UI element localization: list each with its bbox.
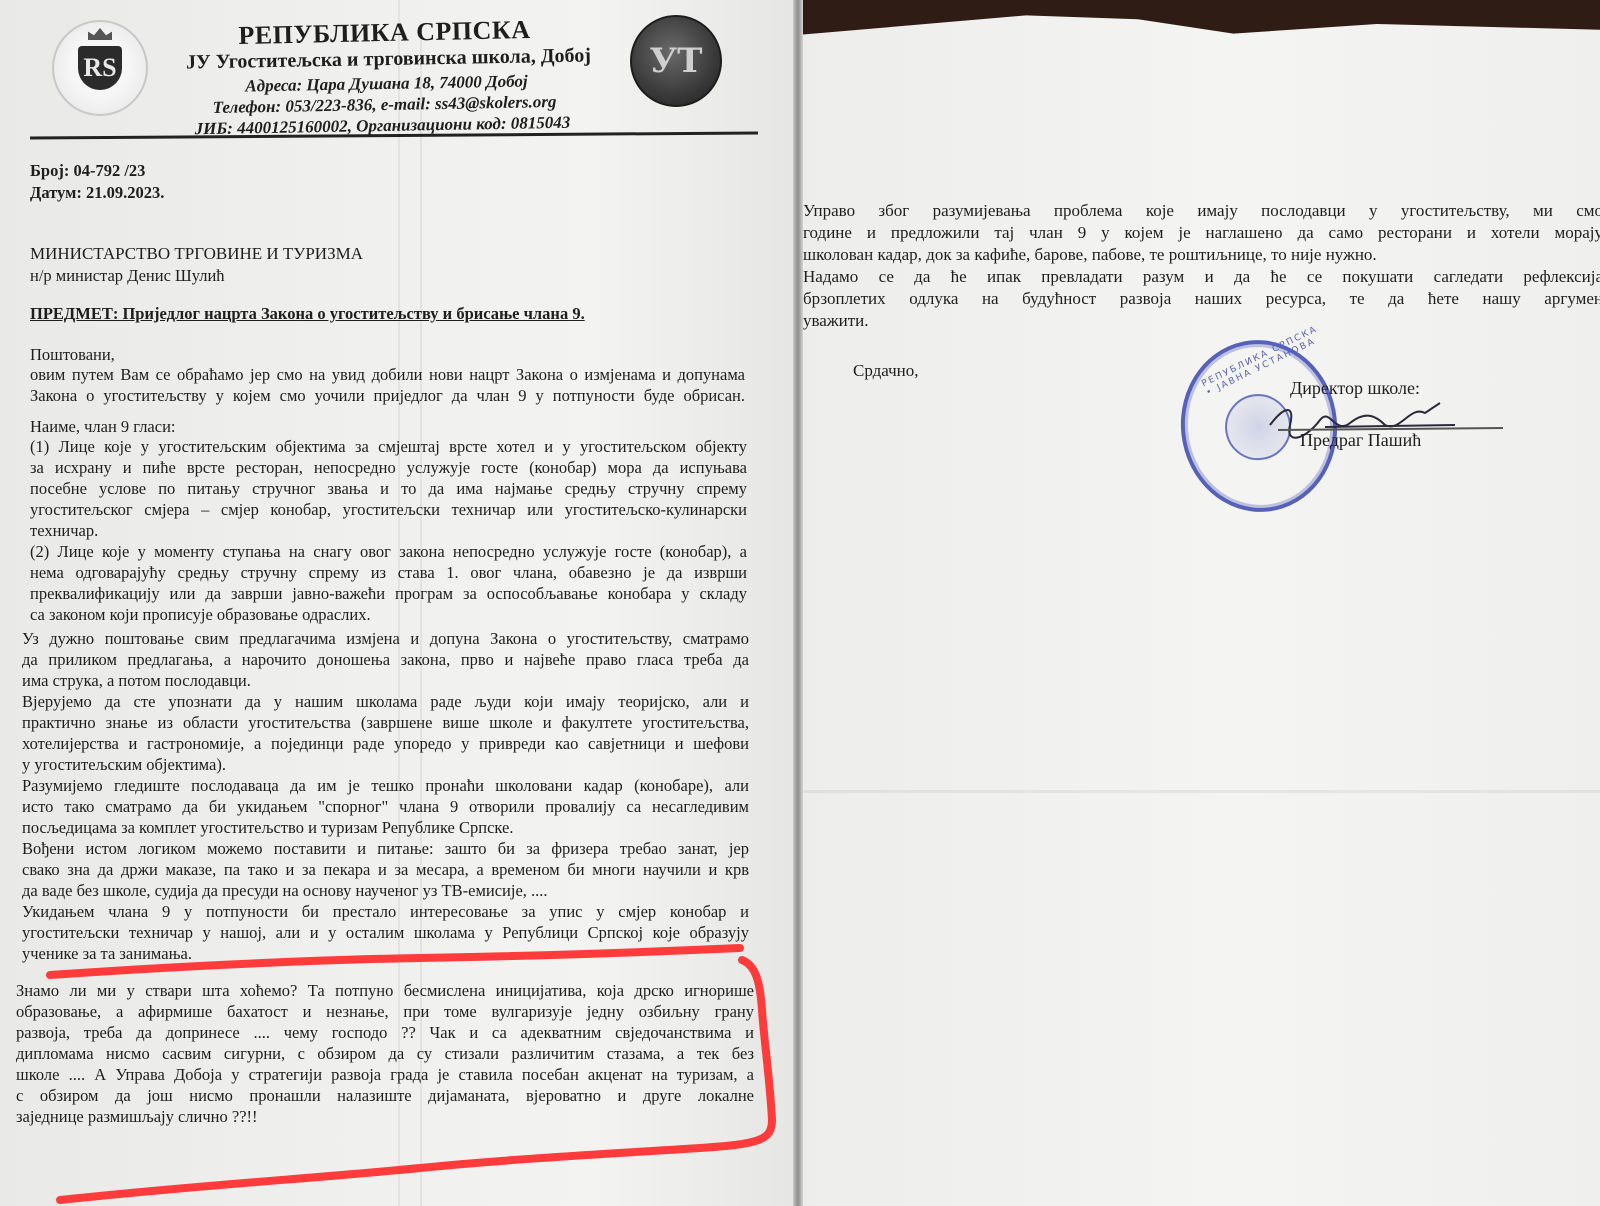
highlighted-paragraph: Знамо ли ми у ствари шта хоћемо? Та потп… — [16, 980, 754, 1127]
document-date: Датум: 21.09.2023. — [30, 182, 164, 203]
text-line: (1) Лице које у угоститељским објектима … — [30, 436, 747, 457]
argument-paragraph: Уз дужно поштовање свим предлагачима изм… — [22, 628, 749, 964]
intro-paragraph: овим путем Вам се обраћамо јер смо на ув… — [30, 364, 745, 406]
text-line: угоститељског смјера – смјер конобар, уг… — [30, 499, 747, 520]
text-line: има струка, а потом послодавци. — [22, 670, 749, 691]
document-number: Број: 04-792 /23 — [30, 160, 145, 181]
text-line: уважити. — [803, 310, 1600, 332]
text-line: хотелијерства и гастрономије, а појединц… — [22, 733, 749, 754]
closing-greeting: Срдачно, — [853, 360, 919, 381]
text-line: практично знање из области угоститељства… — [22, 712, 749, 733]
recipient-ministry: МИНИСТАРСТВО ТРГОВИНЕ И ТУРИЗМА — [30, 243, 363, 264]
text-line: посебне услове по питању стручног звања … — [30, 478, 747, 499]
text-line: школе .... А Управа Добоја у стратегији … — [16, 1064, 754, 1085]
text-line: Закона о угоститељству у којем смо уочил… — [30, 385, 745, 406]
closing-paragraph: Управо због разумијевања проблема које и… — [803, 200, 1600, 332]
article-intro: Наиме, члан 9 гласи: — [30, 416, 176, 437]
text-line: Уз дужно поштовање свим предлагачима изм… — [22, 628, 749, 649]
text-line: с обзиром да још нисмо пронашли налазишт… — [16, 1085, 754, 1106]
letter-page-2: Управо због разумијевања проблема које и… — [803, 0, 1600, 1206]
text-line: брзоплетих одлука на будућност развоја н… — [803, 288, 1600, 310]
salutation: Поштовани, — [30, 344, 115, 365]
text-line: Вјерујемо да сте упознати да у нашим шко… — [22, 691, 749, 712]
text-line: посљедицама за комплет угоститељство и т… — [22, 817, 749, 838]
text-line: Знамо ли ми у ствари шта хоћемо? Та потп… — [16, 980, 754, 1001]
school-emblem-icon: УТ — [630, 15, 722, 107]
text-line: школован кадар, док за кафиће, барове, п… — [803, 244, 1600, 266]
text-line: овим путем Вам се обраћамо јер смо на ув… — [30, 364, 745, 385]
text-line: у угоститељским објектима). — [22, 754, 749, 775]
letterhead: RS РЕПУБЛИКА СРПСКА ЈУ Угоститељска и тр… — [0, 0, 793, 140]
text-line: заједнице размишљају слично ??!! — [16, 1106, 754, 1127]
text-line: дипломама нисмо сасвим сигурни, с обзиро… — [16, 1043, 754, 1064]
letter-page-1: RS РЕПУБЛИКА СРПСКА ЈУ Угоститељска и тр… — [0, 0, 793, 1206]
text-line: Укидањем члана 9 у потпуности би престал… — [22, 901, 749, 922]
text-line: ученике за та занимања. — [22, 943, 749, 964]
text-line: угоститељски техничар у нашој, али и у о… — [22, 922, 749, 943]
text-line: развоја, треба да допринесе .... чему го… — [16, 1022, 754, 1043]
article-9-quote: (1) Лице које у угоститељским објектима … — [30, 436, 747, 625]
text-line: године и предложили тај члан 9 у којем ј… — [803, 222, 1600, 244]
subject-line: ПРЕДМЕТ: Приједлог нацрта Закона о угост… — [30, 303, 585, 324]
text-line: (2) Лице које у моменту ступања на снагу… — [30, 541, 747, 562]
text-line: техничар. — [30, 520, 747, 541]
text-line: Разумијемо гледиште послодаваца да им је… — [22, 775, 749, 796]
text-line: образовање, а афирмише бахатост и незнањ… — [16, 1001, 754, 1022]
text-line: да ваде без школе, судија да пресуди на … — [22, 880, 749, 901]
text-line: Вођени истом логиком можемо поставити и … — [22, 838, 749, 859]
page-seam — [793, 0, 803, 1206]
text-line: исто тако сматрамо да би укидањем "спорн… — [22, 796, 749, 817]
signatory-name: Предраг Пашић — [1300, 430, 1421, 451]
text-line: за исхрану и пиће врсте ресторан, непоср… — [30, 457, 747, 478]
text-line: са законом који прописује образовање одр… — [30, 604, 747, 625]
paper-fold — [420, 40, 422, 1206]
text-line: нема одговарајућу средњу стручну спрему … — [30, 562, 747, 583]
text-line: Управо због разумијевања проблема које и… — [803, 200, 1600, 222]
text-line: преквалификацију или да заврши јавно-важ… — [30, 583, 747, 604]
text-line: свако зна да држи маказе, па тако и за п… — [22, 859, 749, 880]
text-line: Надамо се да ће ипак превладати разум и … — [803, 266, 1600, 288]
text-line: да приликом предлагања, а нарочито донош… — [22, 649, 749, 670]
recipient-attention: н/р министар Денис Шулић — [30, 265, 225, 286]
